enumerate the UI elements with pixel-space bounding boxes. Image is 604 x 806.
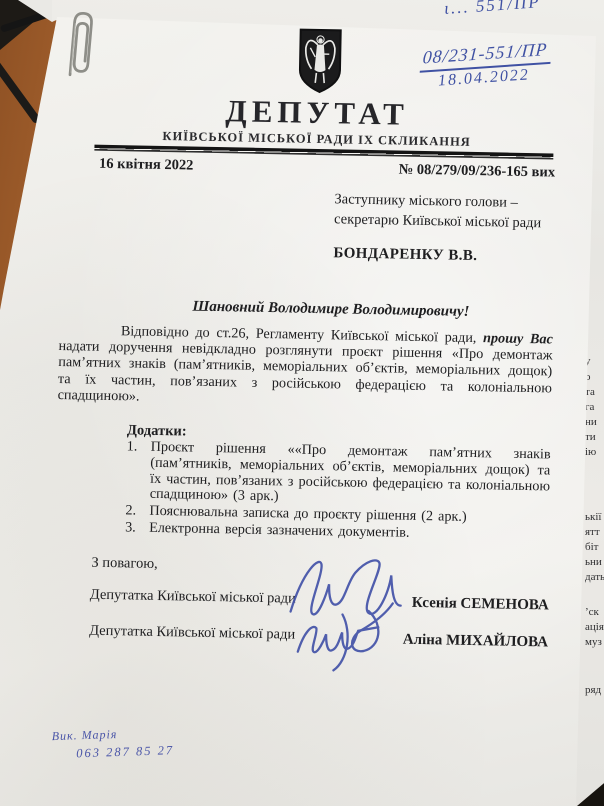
- closing-regards: З повагою,: [91, 555, 158, 573]
- photo-of-letter-on-desk: ι... 551/ПР у о та га ни ти ію ькії ятт …: [0, 0, 604, 806]
- letter-content: ДЕПУТАТ КИЇВСЬКОЇ МІСЬКОЇ РАДИ IX СКЛИКА…: [0, 0, 604, 806]
- recipient-line: секретарю Київської міської ради: [334, 209, 542, 233]
- executor-note: Вик. Марія 063 287 85 27: [51, 725, 174, 762]
- handwritten-registration-note: 08/231-551/ПР 18.04.2022: [420, 39, 554, 92]
- paper-clip: [57, 6, 105, 85]
- back-page-text-fragment: ятт: [585, 526, 600, 538]
- body-rest: надати доручення невідкладно розглянути …: [58, 338, 553, 404]
- executor-name: Вик. Марія: [51, 725, 173, 744]
- back-page-text-fragment: біт: [585, 541, 598, 553]
- back-page-text-fragment: ни: [585, 416, 597, 428]
- signer-title: Депутатка Київської міської ради: [90, 587, 296, 608]
- handwritten-signatures: [267, 547, 429, 675]
- body-emphasis: прошу Вас: [483, 330, 553, 347]
- signature-mykhailova-tail: [333, 614, 348, 670]
- salutation: Шановний Володимире Володимировичу!: [192, 299, 469, 321]
- back-page-text-fragment: ти: [585, 431, 596, 443]
- recipient-name: БОНДАРЕНКУ В.В.: [333, 245, 477, 265]
- back-page-text-fragment: ію: [585, 446, 596, 458]
- attachments-list: 1. Проєкт рішення ««Про демонтаж пам’ятн…: [125, 439, 551, 545]
- signature-semenova: [291, 559, 402, 616]
- attachment-number: 2.: [125, 504, 136, 520]
- paper-clip-icon: [57, 6, 105, 85]
- attachment-number: 1.: [127, 439, 138, 455]
- back-page-text-fragment: ькії: [585, 511, 601, 523]
- recipient-block: Заступнику міського голови – секретарю К…: [334, 189, 542, 233]
- back-page-text-fragment: ьни: [585, 556, 602, 568]
- back-page-text-fragment: ряд: [585, 684, 601, 696]
- letter-date: 16 квітня 2022: [99, 156, 194, 175]
- back-page-handwritten-ref: ι... 551/ПР: [444, 0, 604, 19]
- attachment-number: 3.: [125, 520, 136, 536]
- back-page-text-fragment: муз: [585, 636, 602, 648]
- cable: [0, 60, 41, 125]
- back-page-text-fragment: ’ск: [585, 606, 599, 618]
- kyiv-archangel-emblem-icon: [298, 28, 343, 95]
- back-page-text-fragment: ація: [585, 621, 604, 633]
- letter-page: ДЕПУТАТ КИЇВСЬКОЇ МІСЬКОЇ РАДИ IX СКЛИКА…: [0, 0, 604, 806]
- body-paragraph: Відповідно до ст.26, Регламенту Київсько…: [58, 322, 553, 412]
- signer-title: Депутатка Київської міської ради: [89, 623, 295, 644]
- executor-phone: 063 287 85 27: [76, 743, 174, 761]
- back-page-text-fragment: дать: [585, 571, 604, 583]
- attachment-text: Проєкт рішення ««Про демонтаж пам’ятних …: [150, 439, 551, 505]
- attachment-item: 1. Проєкт рішення ««Про демонтаж пам’ятн…: [126, 439, 551, 510]
- letter-number: № 08/279/09/236-165 вих: [299, 160, 555, 182]
